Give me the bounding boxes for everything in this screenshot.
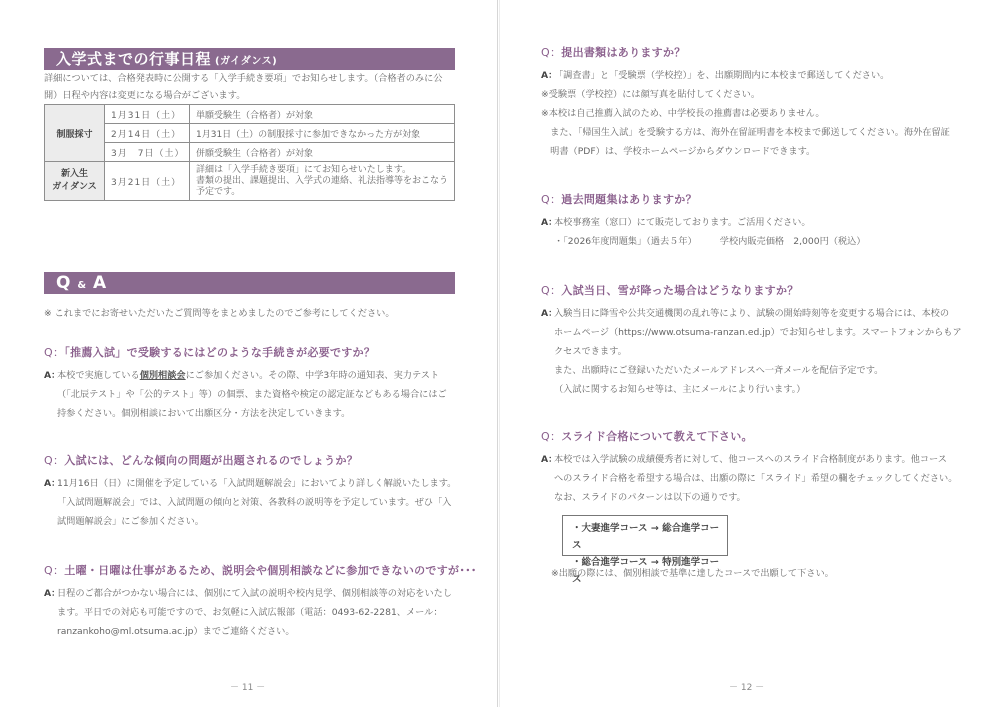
schedule-table: 制服採寸 1月31日（土） 単願受験生（合格者）が対象 2月14日（土） 1月3…: [44, 104, 455, 201]
table-description: 単願受験生（合格者）が対象: [190, 105, 455, 124]
answer-block: A： 11月16日（日）に開催を予定している「入試問題解説会」においてより詳しく…: [44, 474, 456, 531]
question-prefix: Q：: [44, 346, 64, 359]
question-heading: Q：過去問題集はありますか？: [541, 191, 697, 207]
table-description-line: 書類の提出、課題提出、入学式の連絡、礼法指導等をおこなう: [196, 176, 448, 187]
question-text: 過去問題集はありますか？: [561, 193, 697, 206]
answer-line: なお、スライドのパターンは以下の通りです。: [554, 488, 957, 507]
table-description: 併願受験生（合格者）が対象: [190, 143, 455, 162]
table-row: 3月 7日（土） 併願受験生（合格者）が対象: [45, 143, 455, 162]
qa-title-q: Q: [56, 273, 71, 293]
answer-line: 持参ください。個別相談において出願区分・方法を決定していきます。: [57, 404, 447, 423]
question-heading: Q：入試当日、雪が降った場合はどうなりますか？: [541, 282, 799, 298]
answer-line: 入験当日に降雪や公共交通機関の乱れ等により、試験の開始時刻等を変更する場合には、…: [554, 304, 962, 323]
table-label-uniform: 制服採寸: [45, 105, 105, 162]
question-prefix: Q：: [541, 46, 561, 59]
table-description-line: 詳細は「入学手続き要項」にてお知らせいたします。: [196, 165, 448, 176]
left-page: 入学式までの行事日程(ガイダンス) 詳細については、合格発表時に公開する「入学手…: [0, 0, 498, 707]
schedule-intro: 詳細については、合格発表時に公開する「入学手続き要項」でお知らせします。（合格者…: [44, 70, 442, 104]
question-prefix: Q：: [541, 284, 561, 297]
answer-line: 「入試問題解説会」では、入試問題の傾向と対策、各教科の説明等を予定しています。ぜ…: [57, 493, 456, 512]
answer-prefix: A：: [541, 450, 557, 469]
table-label-line: 新入生: [51, 168, 98, 181]
question-prefix: Q：: [541, 430, 561, 443]
answer-line: へのスライド合格を希望する場合は、出願の際に「スライド」希望の欄をチェックしてく…: [554, 469, 957, 488]
answer-prefix: A：: [44, 584, 60, 603]
answer-text: 本校で実施している: [57, 370, 140, 381]
answer-block: A： 本校では入学試験の成績優秀者に対して、他コースへのスライド合格制度がありま…: [541, 450, 957, 507]
answer-line: 本校では入学試験の成績優秀者に対して、他コースへのスライド合格制度があります。他…: [554, 450, 957, 469]
qa-note: ※ これまでにお寄せいただいたご質問等をまとめましたのでご参考にしてください。: [44, 305, 395, 322]
question-text: 入試には、どんな傾向の問題が出題されるのでしょうか？: [64, 454, 358, 467]
question-heading: Q：土曜・日曜は仕事があるため、説明会や個別相談などに参加できないのですが･･･: [44, 562, 477, 578]
table-row: 2月14日（土） 1月31日（土）の制服採寸に参加できなかった方が対象: [45, 124, 455, 143]
question-heading: Q：スライド合格について教えて下さい。: [541, 428, 753, 444]
question-text: 入試当日、雪が降った場合はどうなりますか？: [561, 284, 798, 297]
answer-block: A： 本校で実施している個別相談会にご参加ください。その際、中学3年時の通知表、…: [44, 366, 447, 423]
table-date: 3月 7日（土）: [105, 143, 190, 162]
schedule-section-header: 入学式までの行事日程(ガイダンス): [44, 48, 455, 70]
answer-text: にご参加ください。その際、中学3年時の通知表、実力テスト: [186, 370, 440, 381]
answer-note: ※本校は自己推薦入試のため、中学校長の推薦書は必要ありません。: [541, 104, 950, 123]
slide-pattern-box: ・大妻進学コース → 総合進学コース ・総合進学コース → 特別進学コース: [562, 515, 728, 556]
page-number: － 12 －: [729, 680, 764, 693]
consultation-link[interactable]: 個別相談会: [140, 370, 186, 381]
answer-line: 11月16日（日）に開催を予定している「入試問題解説会」においてより詳しく解説い…: [57, 474, 456, 493]
question-prefix: Q：: [44, 564, 64, 577]
answer-line: 試問題解説会」にご参加ください。: [57, 512, 456, 531]
question-text: 「推薦入試」で受験するにはどのような手続きが必要ですか？: [64, 346, 375, 359]
table-row: 制服採寸 1月31日（土） 単願受験生（合格者）が対象: [45, 105, 455, 124]
answer-line: 日程のご都合がつかない場合には、個別にて入試の説明や校内見学、個別相談等の対応を…: [57, 584, 452, 603]
question-prefix: Q：: [44, 454, 64, 467]
schedule-intro-line: 開）日程や内容は変更になる場合がございます。: [44, 87, 442, 104]
table-description: 1月31日（土）の制服採寸に参加できなかった方が対象: [190, 124, 455, 143]
answer-block: A： 「調査書」と「受験票（学校控）」を、出願期間内に本校まで郵送してください。…: [541, 66, 950, 161]
question-heading: Q：入試には、どんな傾向の問題が出題されるのでしょうか？: [44, 452, 358, 468]
answer-line: （「北辰テスト」や「公的テスト」等）の個票、また資格や検定の認定証などもある場合…: [57, 385, 447, 404]
answer-block: A： 日程のご都合がつかない場合には、個別にて入試の説明や校内見学、個別相談等の…: [44, 584, 452, 641]
table-description: 詳細は「入学手続き要項」にてお知らせいたします。 書類の提出、課題提出、入学式の…: [190, 162, 455, 201]
answer-prefix: A：: [44, 366, 60, 385]
answer-line: また、出願時にご登録いただいたメールアドレスへ一斉メールを配信予定です。: [554, 361, 962, 380]
answer-line: ホームページ（https://www.otsuma-ranzan.ed.jp）で…: [554, 323, 962, 342]
answer-prefix: A：: [541, 213, 557, 232]
question-prefix: Q：: [541, 193, 561, 206]
schedule-section-subtitle: (ガイダンス): [215, 56, 277, 67]
question-text: スライド合格について教えて下さい。: [561, 430, 753, 443]
question-text: 土曜・日曜は仕事があるため、説明会や個別相談などに参加できないのですが･･･: [64, 564, 476, 577]
schedule-intro-line: 詳細については、合格発表時に公開する「入学手続き要項」でお知らせします。（合格者…: [44, 70, 442, 87]
answer-line: ranzankoho@ml.otsuma.ac.jp）までご連絡ください。: [57, 622, 452, 641]
qa-section-header: Q & A: [44, 272, 455, 294]
slide-footnote: ※出願の際には、個別相談で基準に達したコースで出願して下さい。: [551, 565, 834, 582]
table-row: 新入生 ガイダンス 3月21日（土） 詳細は「入学手続き要項」にてお知らせいたし…: [45, 162, 455, 201]
page-number: － 11 －: [230, 680, 265, 693]
answer-note: ※受験票（学校控）には顔写真を貼付してください。: [541, 85, 950, 104]
answer-line: クセスできます。: [554, 342, 962, 361]
answer-line: （入試に関するお知らせ等は、主にメールにより行います。）: [554, 380, 962, 399]
answer-prefix: A：: [541, 66, 557, 85]
answer-note: 明書（PDF）は、学校ホームページからダウンロードできます。: [541, 142, 950, 161]
slide-pattern: ・大妻進学コース → 総合進学コース: [572, 520, 727, 554]
qa-title-amp: &: [77, 280, 86, 291]
answer-note: また、「帰国生入試」を受験する方は、海外在留証明書を本校まで郵送してください。海…: [541, 123, 950, 142]
answer-line: 本校事務室（窓口）にて販売しております。ご活用ください。: [554, 213, 866, 232]
schedule-section-title: 入学式までの行事日程: [56, 50, 211, 68]
right-page: Q：提出書類はありますか？ A： 「調査書」と「受験票（学校控）」を、出願期間内…: [499, 0, 1000, 707]
question-heading: Q：「推薦入試」で受験するにはどのような手続きが必要ですか？: [44, 344, 375, 360]
table-date: 3月21日（土）: [105, 162, 190, 201]
answer-block: A： 入験当日に降雪や公共交通機関の乱れ等により、試験の開始時刻等を変更する場合…: [541, 304, 962, 399]
answer-prefix: A：: [44, 474, 60, 493]
table-date: 1月31日（土）: [105, 105, 190, 124]
answer-line: 本校で実施している個別相談会にご参加ください。その際、中学3年時の通知表、実力テ…: [57, 366, 447, 385]
qa-title-a: A: [93, 273, 107, 293]
table-label-line: ガイダンス: [51, 181, 98, 194]
answer-line: 「調査書」と「受験票（学校控）」を、出願期間内に本校まで郵送してください。: [554, 66, 950, 85]
question-text: 提出書類はありますか？: [561, 46, 685, 59]
answer-prefix: A：: [541, 304, 557, 323]
table-description-line: 予定です。: [196, 187, 448, 198]
question-heading: Q：提出書類はありますか？: [541, 44, 686, 60]
table-date: 2月14日（土）: [105, 124, 190, 143]
price-line: ・「2026年度問題集」（過去５年） 学校内販売価格 2,000円（税込）: [554, 232, 866, 251]
answer-line: ます。平日での対応も可能ですので、お気軽に入試広報部（電話：0493-62-22…: [57, 603, 452, 622]
answer-block: A： 本校事務室（窓口）にて販売しております。ご活用ください。 ・「2026年度…: [541, 213, 866, 251]
table-label-guidance: 新入生 ガイダンス: [45, 162, 105, 201]
